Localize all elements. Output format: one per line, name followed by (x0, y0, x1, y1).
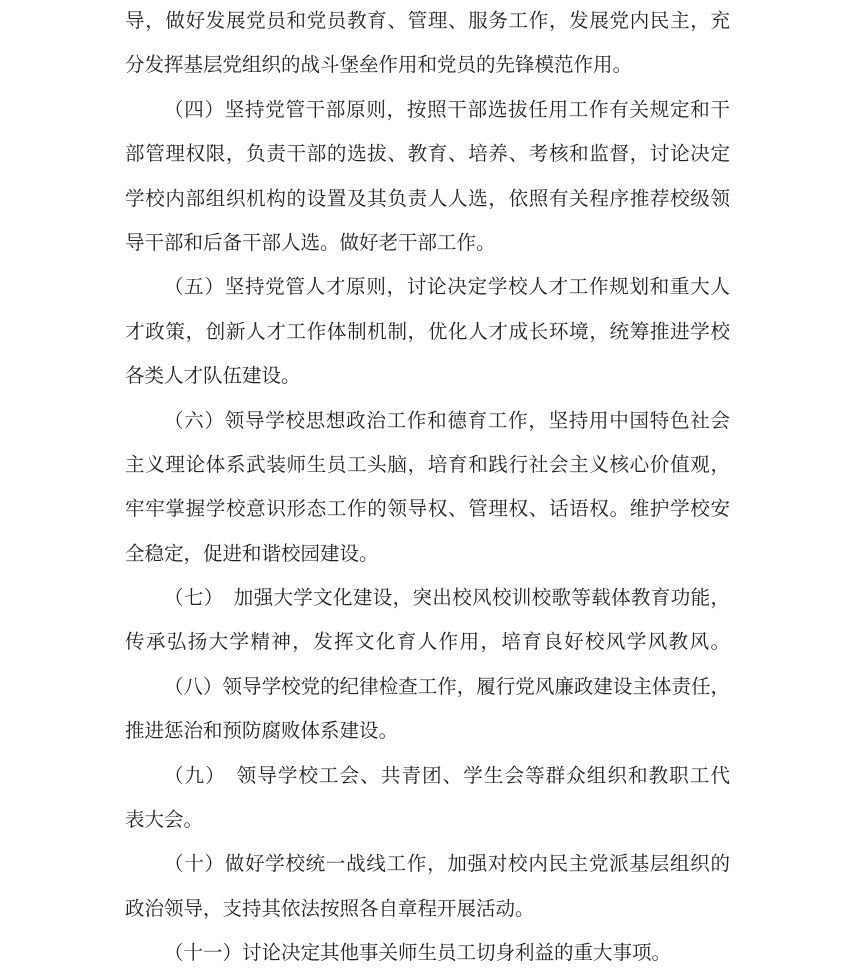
text-line: （七） 加强大学文化建设，突出校风校训校歌等载体教育功能， (125, 577, 730, 621)
text-line: （十一）讨论决定其他事关师生员工切身利益的重大事项。 (125, 932, 730, 976)
text-line: 政治领导，支持其依法按照各自章程开展活动。 (125, 888, 730, 932)
text-line: 分发挥基层党组织的战斗堡垒作用和党员的先锋模范作用。 (125, 44, 730, 88)
text-line: 才政策，创新人才工作体制机制，优化人才成长环境，统筹推进学校 (125, 311, 730, 355)
text-line: 传承弘扬大学精神，发挥文化育人作用，培育良好校风学风教风。 (125, 621, 730, 665)
text-line: 全稳定，促进和谐校园建设。 (125, 533, 730, 577)
text-line: （五）坚持党管人才原则，讨论决定学校人才工作规划和重大人 (125, 266, 730, 310)
text-line: （六）领导学校思想政治工作和德育工作，坚持用中国特色社会 (125, 400, 730, 444)
text-line: 表大会。 (125, 799, 730, 843)
text-line: （九） 领导学校工会、共青团、学生会等群众组织和教职工代 (125, 755, 730, 799)
text-line: 各类人才队伍建设。 (125, 355, 730, 399)
text-line: 部管理权限，负责干部的选拔、教育、培养、考核和监督，讨论决定 (125, 133, 730, 177)
text-line: 学校内部组织机构的设置及其负责人人选，依照有关程序推荐校级领 (125, 178, 730, 222)
document-page: 导，做好发展党员和党员教育、管理、服务工作，发展党内民主，充 分发挥基层党组织的… (0, 0, 850, 978)
text-line: （十）做好学校统一战线工作，加强对校内民主党派基层组织的 (125, 843, 730, 887)
text-line: 主义理论体系武装师生员工头脑，培育和践行社会主义核心价值观， (125, 444, 730, 488)
text-line: 导，做好发展党员和党员教育、管理、服务工作，发展党内民主，充 (125, 0, 730, 44)
text-line: 推进惩治和预防腐败体系建设。 (125, 710, 730, 754)
text-line: （四）坚持党管干部原则，按照干部选拔任用工作有关规定和干 (125, 89, 730, 133)
text-line: 导干部和后备干部人选。做好老干部工作。 (125, 222, 730, 266)
document-text-block: 导，做好发展党员和党员教育、管理、服务工作，发展党内民主，充 分发挥基层党组织的… (125, 0, 730, 977)
text-line: （八）领导学校党的纪律检查工作，履行党风廉政建设主体责任， (125, 666, 730, 710)
text-line: 牢牢掌握学校意识形态工作的领导权、管理权、话语权。维护学校安 (125, 488, 730, 532)
